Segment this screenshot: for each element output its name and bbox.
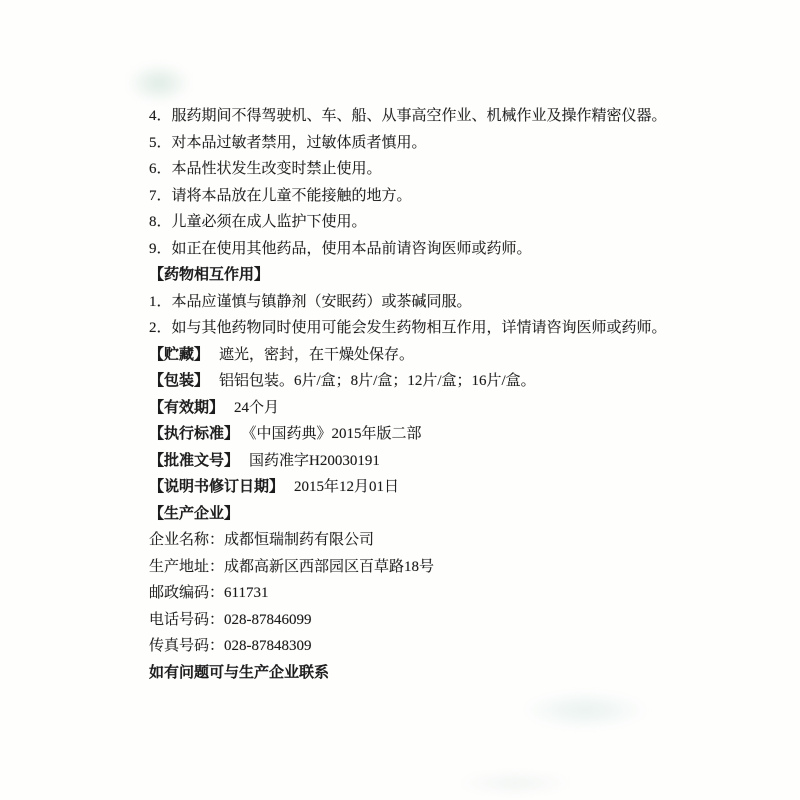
interaction-item-2: 2．如与其他药物同时使用可能会发生药物相互作用，详情请咨询医师或药师。	[149, 315, 683, 342]
field-executive-standard-text: 《中国药典》2015年版二部	[249, 426, 422, 442]
precaution-item-8: 8．儿童必须在成人监护下使用。	[149, 209, 683, 236]
phone-number-text: 电话号码：028-87846099	[149, 612, 312, 628]
interaction-item-2-text: 2．如与其他药物同时使用可能会发生药物相互作用，详情请咨询医师或药师。	[149, 320, 667, 336]
precaution-item-5-text: 5．对本品过敏者禁用，过敏体质者慎用。	[149, 135, 427, 151]
phone-number: 电话号码：028-87846099	[149, 607, 683, 634]
scan-smudge-top-left	[126, 62, 192, 104]
fax-number: 传真号码：028-87848309	[149, 633, 683, 660]
field-executive-standard-label: 【执行标准】	[149, 426, 239, 442]
field-validity-period-text: 24个月	[234, 400, 279, 416]
section-heading-manufacturer-label: 【生产企业】	[149, 506, 239, 522]
field-packaging-label: 【包装】	[149, 373, 209, 389]
field-revision-date: 【说明书修订日期】2015年12月01日	[149, 474, 683, 501]
field-revision-date-text: 2015年12月01日	[294, 479, 399, 495]
manufacturer-name: 企业名称：成都恒瑞制药有限公司	[149, 527, 683, 554]
field-executive-standard: 【执行标准】《中国药典》2015年版二部	[149, 421, 683, 448]
interaction-item-1: 1．本品应谨慎与镇静剂（安眠药）或茶碱同服。	[149, 289, 683, 316]
postal-code: 邮政编码：611731	[149, 580, 683, 607]
field-approval-number: 【批准文号】国药准字H20030191	[149, 448, 683, 475]
contact-note: 如有问题可与生产企业联系	[149, 660, 683, 687]
field-storage-text: 遮光，密封，在干燥处保存。	[219, 347, 414, 363]
manufacturer-address: 生产地址：成都高新区西部园区百草路18号	[149, 554, 683, 581]
section-heading-drug-interactions-label: 【药物相互作用】	[149, 267, 269, 283]
section-heading-drug-interactions: 【药物相互作用】	[149, 262, 683, 289]
field-approval-number-label: 【批准文号】	[149, 453, 239, 469]
contact-note-text: 如有问题可与生产企业联系	[149, 665, 329, 681]
leaflet-page: 4．服药期间不得驾驶机、车、船、从事高空作业、机械作业及操作精密仪器。5．对本品…	[0, 0, 800, 800]
scan-smudge-bottom	[455, 770, 575, 796]
precaution-item-5: 5．对本品过敏者禁用，过敏体质者慎用。	[149, 130, 683, 157]
precaution-item-8-text: 8．儿童必须在成人监护下使用。	[149, 214, 367, 230]
field-packaging: 【包装】铝铝包装。6片/盒；8片/盒；12片/盒；16片/盒。	[149, 368, 683, 395]
precaution-item-6: 6．本品性状发生改变时禁止使用。	[149, 156, 683, 183]
interaction-item-1-text: 1．本品应谨慎与镇静剂（安眠药）或茶碱同服。	[149, 294, 472, 310]
doc-lines: 4．服药期间不得驾驶机、车、船、从事高空作业、机械作业及操作精密仪器。5．对本品…	[149, 103, 683, 686]
precaution-item-9: 9．如正在使用其他药品，使用本品前请咨询医师或药师。	[149, 236, 683, 263]
postal-code-text: 邮政编码：611731	[149, 585, 268, 601]
scan-smudge-bottom-right	[520, 690, 650, 730]
manufacturer-name-text: 企业名称：成都恒瑞制药有限公司	[149, 532, 374, 548]
field-revision-date-label: 【说明书修订日期】	[149, 479, 284, 495]
section-heading-manufacturer: 【生产企业】	[149, 501, 683, 528]
field-storage-label: 【贮藏】	[149, 347, 209, 363]
field-approval-number-text: 国药准字H20030191	[249, 453, 380, 469]
field-packaging-text: 铝铝包装。6片/盒；8片/盒；12片/盒；16片/盒。	[219, 373, 536, 389]
precaution-item-6-text: 6．本品性状发生改变时禁止使用。	[149, 161, 382, 177]
precaution-item-4: 4．服药期间不得驾驶机、车、船、从事高空作业、机械作业及操作精密仪器。	[149, 103, 683, 130]
fax-number-text: 传真号码：028-87848309	[149, 638, 312, 654]
field-validity-period-label: 【有效期】	[149, 400, 224, 416]
precaution-item-7: 7．请将本品放在儿童不能接触的地方。	[149, 183, 683, 210]
manufacturer-address-text: 生产地址：成都高新区西部园区百草路18号	[149, 559, 434, 575]
precaution-item-7-text: 7．请将本品放在儿童不能接触的地方。	[149, 188, 412, 204]
precaution-item-4-text: 4．服药期间不得驾驶机、车、船、从事高空作业、机械作业及操作精密仪器。	[149, 108, 667, 124]
field-storage: 【贮藏】遮光，密封，在干燥处保存。	[149, 342, 683, 369]
field-validity-period: 【有效期】24个月	[149, 395, 683, 422]
precaution-item-9-text: 9．如正在使用其他药品，使用本品前请咨询医师或药师。	[149, 241, 532, 257]
